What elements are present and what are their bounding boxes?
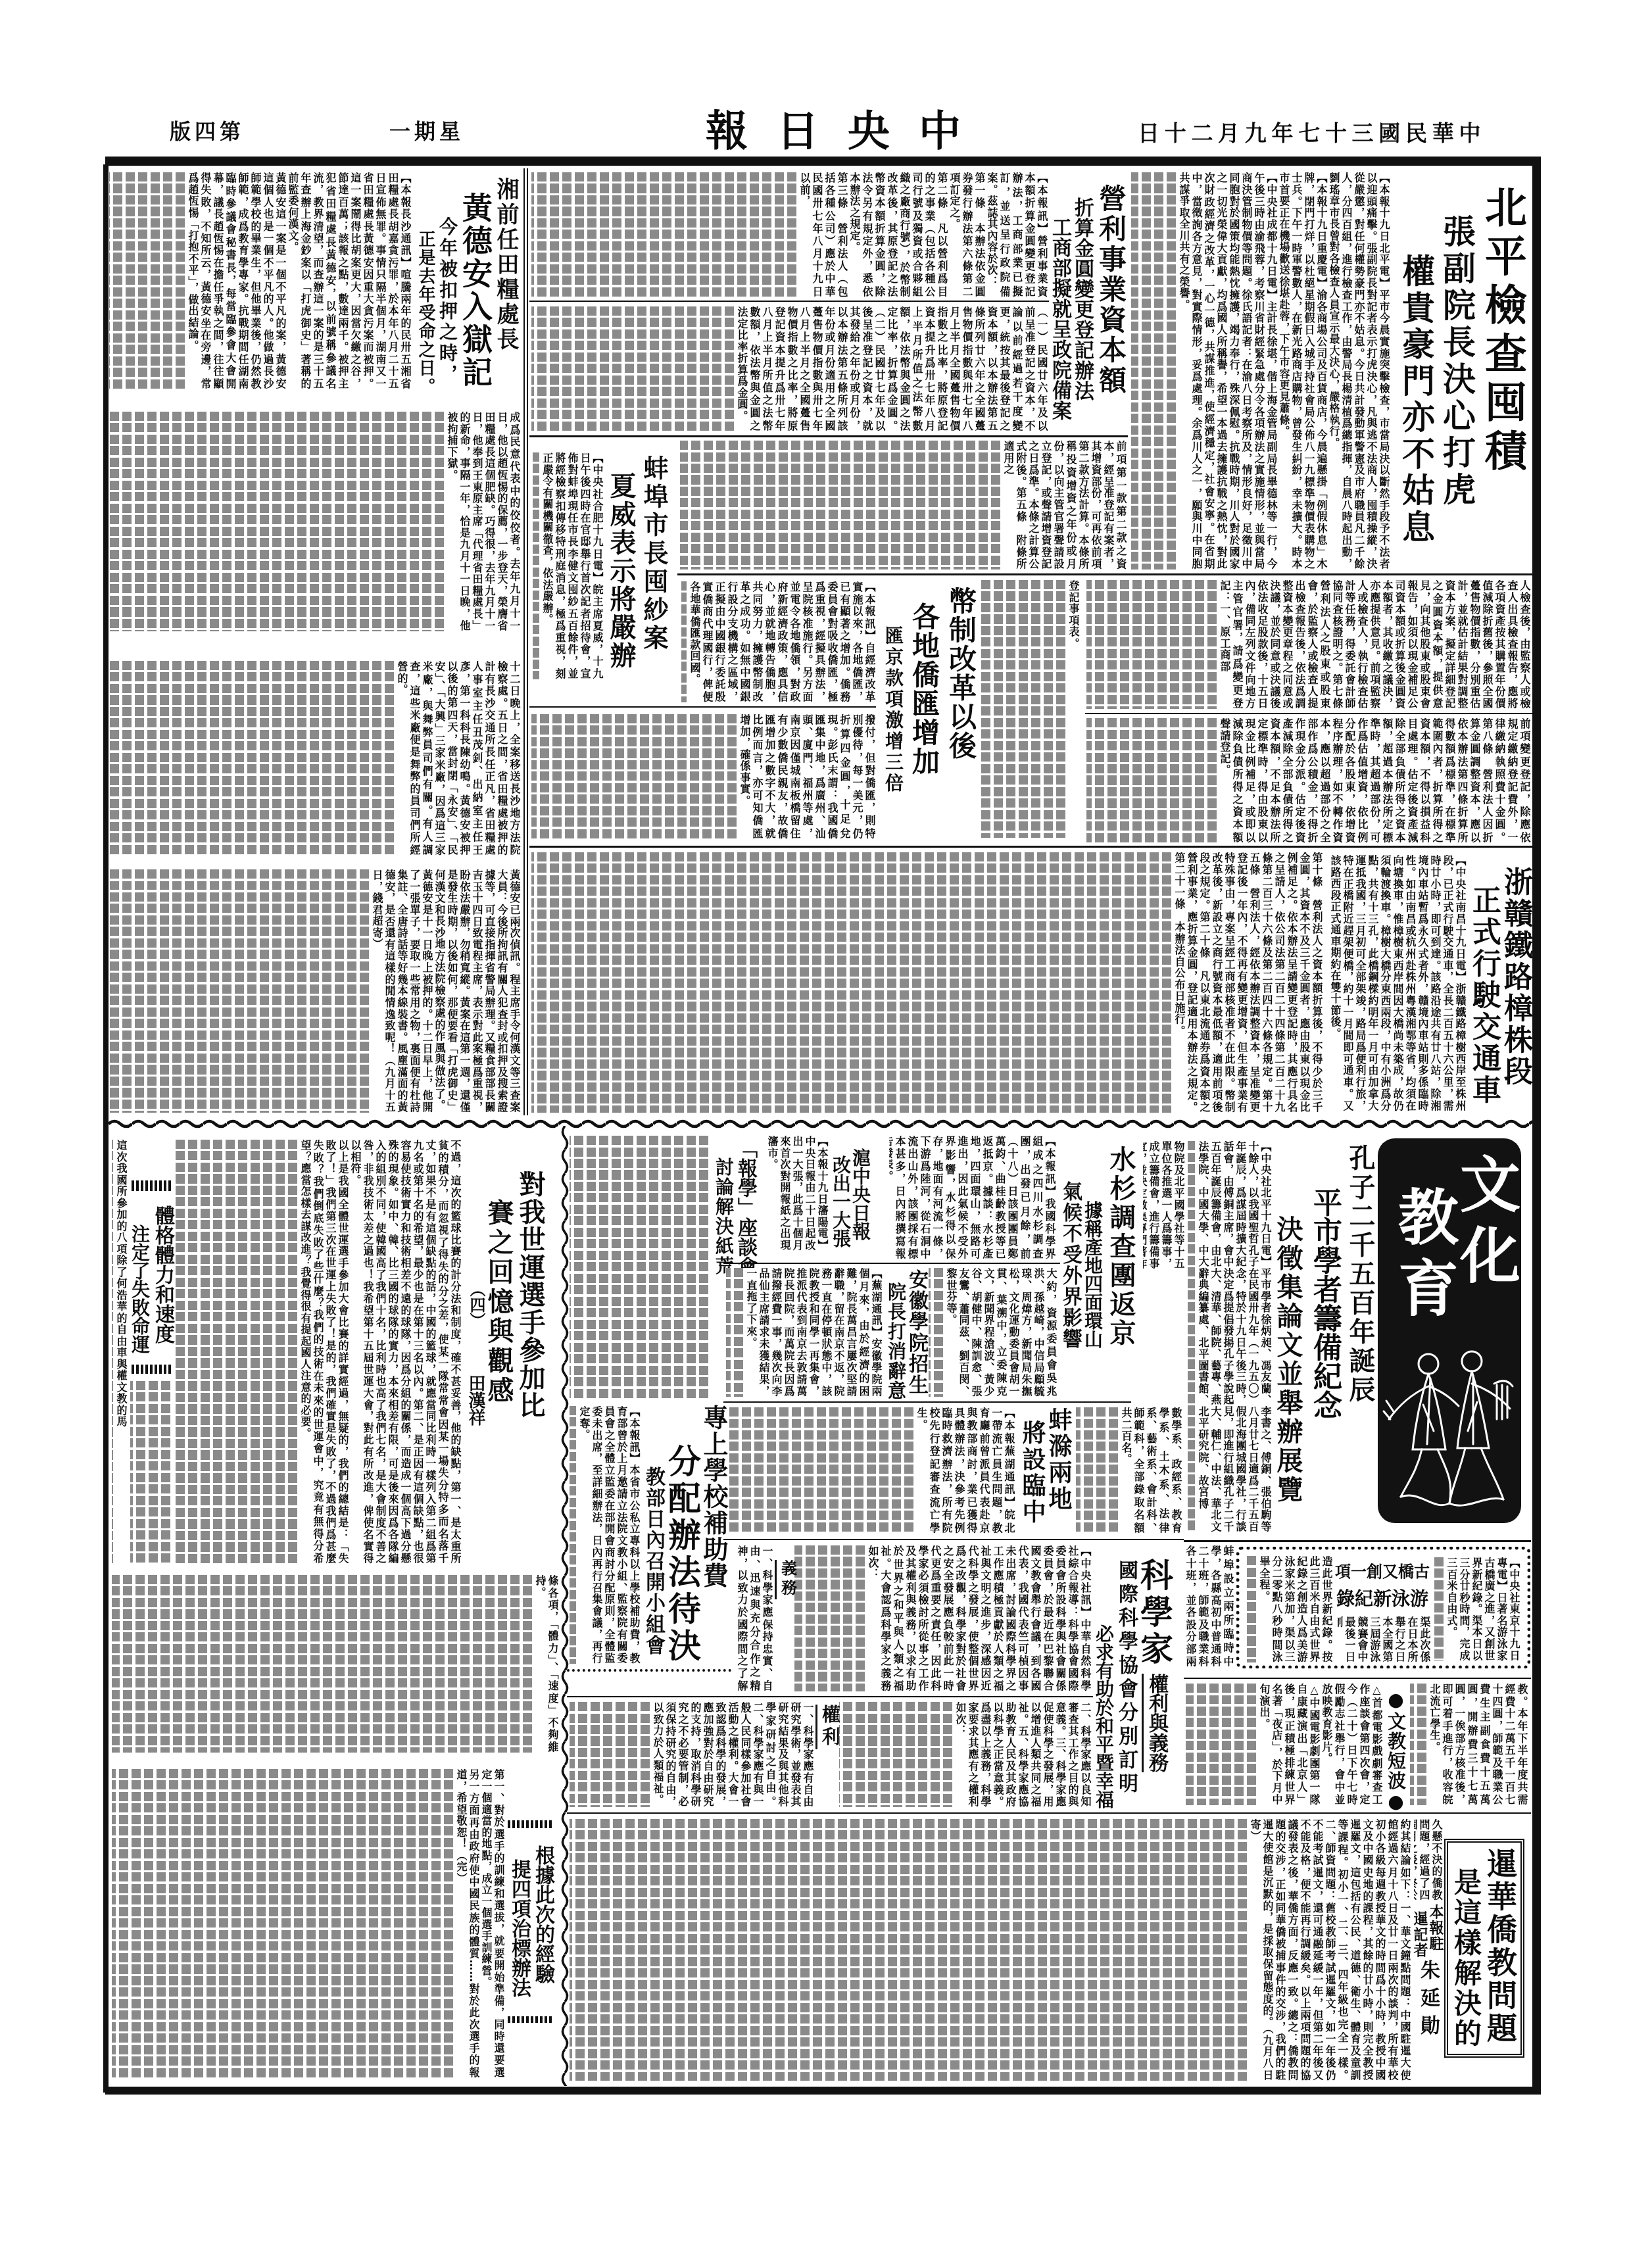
article-body-subsidy: 【本報訊】本省市公私立專科以上學校補助費，教育部曾於上月邀請立法院文教小組、監察… — [570, 1406, 641, 1664]
briefs-items: △首都電影戲劇審查工作座談會第四次會，定今（二十）日下午七時假勵志社舉行，會中並… — [1186, 1684, 1383, 1805]
decorative-bar — [132, 1180, 172, 1191]
dotted-rule — [567, 1669, 731, 1672]
article-body-cnd: 【本報十九日瀋陽電】中央日報由二十日起改出一大張，此爲十個月來首次對開報紙之出現… — [768, 1136, 829, 1251]
dispatch-chengdu: 【中央社成都十九日電】主計長徐堪，偕上海金管局副局長畢德林等一行，今午後三時由渝… — [1178, 172, 1278, 570]
article-body-huang-tier1: 【本報長沙通訊】喧騰兩年的民卅五湘省田糧處長胡嘉貪污罪，於本年八月二十五日宣佈無… — [109, 172, 412, 389]
headline-metasequoia-sub-1: 據稱產地四面環山 — [1083, 1201, 1102, 1348]
article-body-confucius-cont: 物院及北平國學社等十五單位各推選一人爲籌事，成立籌備會，進行籌備事宜，並決定徵集… — [1143, 1141, 1185, 1269]
paragraph: 【本報訊】營利事業資本額折算金圓變更登記辦法，工商部業已擬訂，並送呈行政院備案。… — [986, 172, 1048, 297]
emblem-text-culture: 文化 — [1455, 1153, 1516, 1295]
rule — [723, 1263, 1060, 1264]
article-body-beiping: 【本報十九日北平電】平市今晨實施突擊檢查，市當局決以斷然手段予不法者以迎頭痛擊。… — [1131, 172, 1390, 570]
byline-siam-author: 朱延勛 — [1418, 1960, 1438, 2043]
article-body-forum — [570, 1136, 710, 1399]
headline-siam-main: 暹華僑教問題 — [1485, 1848, 1515, 2045]
boxed-article-swimming-record: 古橋又創一項 游泳新紀錄 【中央社東京十九日專電】日著名游泳家古橋廣之進，又創世… — [1236, 1547, 1530, 1668]
paragraph: 前項變更登記，除應依規定繳納登記費外，一律繳納執照費十金圓。第八條 營利法人因折… — [1219, 718, 1531, 843]
rule — [1085, 713, 1532, 714]
series-part-number: （四） — [468, 1281, 484, 1328]
issue-date: 中華民國三十七年九月二十日 — [1138, 122, 1486, 144]
paragraph: 人檢查後，由監察人或檢查人出具檢查報告，應將各項資產按其購置年份價值減除折舊後，… — [1219, 580, 1531, 709]
headline-anhui-main: 安徽學院招生 — [906, 1269, 926, 1395]
article-body-scientists-duties: 一、科學家應保持忠實、自由、迅速與充分合作之精神，以致力於國際間之了解與 — [737, 1545, 773, 1691]
label-rights: 權利 — [815, 1705, 840, 1749]
headline-railway-main: 浙贛鐵路樟株段 — [1501, 867, 1530, 1088]
clause: 第二條 凡以營利爲目的之事業（包括各種公司行號及獨資或合夥組織之廠商行號），於幣… — [848, 172, 948, 297]
paragraph: 造此世界新紀錄。按此三百米自由式世界紀錄之創造人爲美游泳家米第加，渠以三分二零點… — [1258, 1556, 1333, 1662]
headline-beiping-sub-2: 權貴豪門亦不姑息 — [1399, 254, 1432, 546]
byline-siam-2: 暹記者 — [1413, 1911, 1427, 1958]
headline-anhui-sub: 院長打消辭意 — [887, 1282, 905, 1401]
brief-item: △中國電影劇團第一隊自康藏演出「北京人」後，現正積極排練世界名著「夜店」，於下月… — [1258, 1684, 1321, 1805]
article-body-anhui: 【蕪湖通訊】安徽學院兩個月來，由於經濟的困難，院長萬昌言屢次堅請辭職，留在南京不… — [726, 1268, 883, 1397]
rule — [529, 435, 1128, 437]
paragraph: 【中央社北平十九日電】平市學者徐炳昶、馮友蘭、李書之、傅銅、張伯駒等十餘人，以我… — [1197, 1141, 1272, 1532]
paragraph: 這次我國所參加的八項除了何浩華的自由車與權文教的馬 — [115, 1140, 128, 1564]
paragraph: 數學系、政經系、教育學系、土木系、法律系、藝術系、會計科、師範科，全部錄取名額共… — [1120, 1407, 1182, 1534]
dancing-figures-illustration — [1381, 1339, 1518, 1516]
column-title-briefs: ●文教短波● — [1386, 1689, 1405, 1814]
paragraph: 【本報訊】自經濟改革實施以來，各地僑匯，已有顯著之增加。僑務委員會對吸收僑匯，極… — [689, 581, 876, 702]
paragraph: 【中央社合肥十九日電】皖主席夏威，十九日午後四時在官邸舉行首次記者招待會，宣佈對… — [541, 452, 604, 679]
headline-subsidy-kicker: 專上學校補助費 — [701, 1405, 726, 1589]
headline-remit-sub-1: 各地僑匯增加 — [910, 602, 938, 776]
dispatch-beiping: 【本報十九日北平電】平市今晨實施突擊檢查，市當局決以斷然手段予不法者以迎頭痛擊。… — [1328, 172, 1390, 570]
paragraph: 十二日晚上，全案移送長沙地方法院檢察處。五日之間，省田糧處被押的計有長沙交通所長… — [396, 661, 521, 856]
paragraph: （一）民國廿六年及以前呈准登記之資本，不論以前經過若干度變更，統按其最後登記之資… — [736, 306, 1048, 431]
headline-scientists: 科學家 — [1138, 1558, 1171, 1668]
article-body-scientists-rights: 一、科學家應有自由研究學術，並發表其研究結果及與其他科學家研討之自由。二、科學家… — [570, 1702, 814, 1807]
paragraph: 渠此次係在日本所舉行之日本全國第三屆游泳競賽會中最後一日創 — [1338, 1616, 1431, 1662]
headline-cnd-sub: 改出一大張 — [831, 1155, 850, 1248]
emblem-text-education: 教育 — [1394, 1186, 1454, 1328]
clause: 第一條 本辦法依金圓券發行辦法第六條第二項訂定之。 — [948, 172, 986, 297]
paragraph: 【本報蕪湖通訊】皖北一帶流亡員生問題，教育廳前曾派員代表赴京與教部商討，業已獲得… — [915, 1407, 1015, 1534]
paragraph: 蚌埠設立兩所臨時中學，各縣高初中普通科二十班，師範及職業科各十班，並各設分部兩所… — [1186, 1545, 1234, 1667]
article-body-confucius: 【中央社北平十九日電】平市學者徐炳昶、馮友蘭、李書之、傅銅、張伯駒等十餘人，以我… — [1188, 1141, 1272, 1532]
rule — [723, 1401, 1131, 1403]
article-body-scientists-intro: 【中央社訊】中華自然科學社綜合報導：科學協會國際委員會所設科學與社會關係委員會，… — [794, 1545, 1092, 1691]
paragraph: 撥付，但對僑匯，則特別優待，每一美元，仍折算四金圓，十足兌現。彭氏末謂：我國僑匯… — [739, 714, 876, 839]
rule — [529, 846, 1532, 848]
headline-forum-sub: 討論解決紙荒 — [714, 1157, 733, 1276]
headline-railway-sub: 正式行駛交通車 — [1469, 885, 1498, 1106]
rule — [1184, 1540, 1531, 1542]
paragraph: 第十條 營利法人之資本額折算後，不得少於三千金圓，其資本不及三千金圓者，應由股東… — [1173, 852, 1323, 1113]
weekday: 星期一 — [389, 121, 464, 142]
article-body-siam-intro: 久懸不決的僑教問題，經過了四個月之後，終於暫時得到了一個結果， — [1414, 1819, 1443, 1901]
paragraph: 一、科學家應有自由研究學術，並發表其研究結果及與其他科學家研討之自由。二、科學家… — [652, 1702, 814, 1807]
headline-forum-main: 「報學」座談會 — [735, 1138, 755, 1276]
rule — [567, 1696, 1093, 1697]
headline-olympics-1: 對我世運選手參加比 — [517, 1171, 543, 1419]
headline-capital-sub-2: 工商部擬就呈政院備案 — [1050, 217, 1069, 421]
rule — [529, 706, 876, 708]
article-body-swim-2: 渠此次係在日本所舉行之日本全國第三屆游泳競賽會中最後一日創 — [1338, 1616, 1431, 1662]
article-body-olympics-tier3: 第一、對於選手的訓練和選拔，就要開始準備，同時還要選定一個適當的地點，成立一個選… — [112, 1769, 505, 2078]
right-border — [1532, 164, 1541, 2095]
article-body-olympics-filler — [130, 1381, 172, 1564]
article-body-schools-cont-1: 蚌埠設立兩所臨時中學，各縣高初中普通科二十班，師範及職業科各十班，並各設分部兩所… — [1186, 1545, 1234, 1667]
headline-box-siam: 暹華僑教問題 是這樣解決的 — [1444, 1839, 1524, 2058]
article-body-capital-cont-c: 前項變更登記，除應依規定繳納登記費外，一律繳納執照費十金圓。第八條 營利法人因折… — [1086, 718, 1531, 843]
headline-huang-kicker: 湘前任田糧處長 — [495, 178, 517, 352]
headline-beiping-main: 北平檢查囤積 — [1481, 185, 1523, 477]
bottom-rule — [105, 2087, 1541, 2095]
headline-swim-2: 游泳新紀錄 — [1336, 1590, 1428, 1609]
headline-metasequoia-main: 水杉調查團返京 — [1107, 1146, 1134, 1348]
headline-remit-sub-2: 匯京款項激增三倍 — [884, 626, 902, 794]
paragraph: 【中央社東京十九日專電】日著名游泳家古橋廣之進，又創世界新紀錄。渠本日以三分廿秒… — [1445, 1557, 1520, 1661]
dispatch-chongqing: 【本報十九日重慶電】渝各商場公司及百貨商店，今晨遍懸掛「例假休息」木牌，閉門打烊… — [1278, 172, 1328, 570]
headline-capital-main: 營利事業資本額 — [1097, 184, 1125, 396]
paragraph: 教。本年下半年度共需經費十二萬五千一百七十四圓，師範及職業公費生主副食費十五萬圓… — [1428, 1684, 1528, 1805]
article-body-schools-cont-2: 教。本年下半年度共需經費十二萬五千一百七十四圓，師範及職業公費生主副食費十五萬圓… — [1410, 1684, 1528, 1805]
paragraph: 黃德安是十一日晚上被押的。十二日早上，他開了一張單子，要取一些常用之物，裏面便有… — [371, 869, 433, 1113]
paragraph: 【本報訊】我國科學界組成之四川水杉調查團，出發已月餘，前（十八）日該團團員鄭萬鈞… — [889, 1136, 1056, 1259]
article-body-anhui-cont: 數學系、政經系、教育學系、土木系、法律系、藝術系、會計科、師範科，全部錄取名額共… — [1076, 1407, 1182, 1534]
left-border — [103, 164, 109, 2093]
paragraph: 約其結論如下：一、華文鐘點問題：中國駐暹大使館經過六月十八日及廿一日兩次的談判，… — [1249, 1819, 1411, 2081]
edition-number: 第四版 — [170, 121, 245, 142]
headline-beiping-sub-1: 張副院長決心打虎 — [1440, 214, 1473, 509]
paragraph: 物院及北平國學社等十五單位各推選一人爲籌事，成立籌備會，進行籌備事宜，並決定徵集… — [1143, 1141, 1185, 1269]
clause: 第三條 營利法人（包括各種公司）應於中華民國卅七年八月十九日以前， — [798, 172, 848, 297]
article-body-metasequoia: 【本報訊】我國科學界組成之四川水杉調查團，出發已月餘，前（十八）日該團團員鄭萬鈞… — [889, 1136, 1056, 1259]
article-body-railway: 【中央社南昌十九日電】浙贛鐵路樟樹西岸至株州段，已正式行駛交通車，全長二百五十六… — [1331, 855, 1467, 1111]
article-body-capital-cont-b: 人檢查後，由監察人或檢查人出具檢查報告，應將各項資產按其購置年份價值減除折舊後，… — [1086, 580, 1531, 709]
article-body-remittances-cont: 撥付，但對僑匯，則特別優待，每一美元，仍折算四金圓，十足兌現。彭氏末謂：我國僑匯… — [531, 714, 876, 839]
paragraph: 【本報十九日瀋陽電】中央日報由二十日起改出一大張，此爲十個月來首次對開報紙之出現… — [768, 1136, 829, 1251]
paragraph: 登記事項表。 — [1067, 580, 1080, 838]
headline-confucius-main: 平市學者籌備紀念 — [1310, 1188, 1339, 1419]
headline-bengbu-main: 蚌埠市長囤紗案 — [641, 455, 666, 653]
headline-confucius-sub: 決徵集論文並舉辦展覽 — [1275, 1215, 1301, 1505]
headline-capital-sub-1: 折算金圓變更登記辦法 — [1072, 197, 1092, 401]
subhead-olympics-2b: 提四項治標辦法 — [509, 1859, 529, 1997]
article-body-scientists-duties-cont: 二、科學家應以良知審查其工作之目的與意義。三、科學家應促使科學之發展，用以增進人… — [839, 1702, 1092, 1807]
article-body-capital-tier1: 【本報訊】營利事業資本額折算金圓變更登記辦法，工商部業已擬訂，並送呈行政院備案。… — [531, 172, 1048, 297]
headline-huang-main: 黃德安入獄記 — [460, 192, 491, 389]
paragraph: 【中央社南昌十九日電】浙贛鐵路樟樹西岸至株州段，已正式行駛交通車，全長二百五十六… — [1331, 855, 1467, 1111]
headline-subsidy-main: 分配辦法待決 — [666, 1444, 698, 1665]
subhead-olympics-2a: 根據此次的經驗 — [533, 1845, 552, 1983]
rule — [567, 1812, 1531, 1814]
headline-schools-main: 蚌滁兩地 — [1047, 1407, 1071, 1513]
newspaper-page: 第四版 星期一 中央日報 中華民國三十七年九月二十日 湘前任田糧處長 黃德安入獄… — [0, 0, 1652, 2255]
headline-scientists-sub-2: 必求有助於和平暨幸福 — [1094, 1624, 1113, 1808]
paragraph: 另一方面再由政府使中國民族的體質……對於此次選手的報道，希望敬恕！（完） — [455, 1769, 480, 2078]
headline-subsidy-sub: 教部日內召開小組會 — [643, 1467, 663, 1656]
paragraph: 久懸不決的僑教問題，經過了四個月之後，終於暫時得到了一個結果， — [1414, 1819, 1443, 1901]
paragraph: 不過，這次的籃球比賽的計分法和制度，確不甚妥善，他的缺點，第一、是太重所貧的積分… — [349, 1140, 462, 1564]
headline-bengbu-sub: 夏威表示將嚴辦 — [608, 472, 634, 670]
article-body-siam: 約其結論如下：一、華文鐘點問題：中國駐暹大使館經過六月十八日及廿一日兩次的談判，… — [570, 1819, 1411, 2081]
decorative-bar — [508, 1820, 554, 1828]
headline-scientists-sub-1: 國際科學協會分別訂明 — [1116, 1560, 1136, 1797]
brief-item: △首都電影戲劇審查工作座談會第四次會，定今（二十）日下午七時假勵志社舉行，會中並… — [1321, 1684, 1383, 1805]
article-body-capital-tier2: （一）民國廿六年及以前呈准登記之資本，不論以前經過若干度變更，統按其最後登記之資… — [531, 306, 1048, 431]
article-body-huang-tier2: 成爲民意代表中的佼佼者。去年九月十一日，他以趙恆惕的保薦，一步登天，榮膺省田糧處… — [109, 412, 521, 631]
paragraph: 第一、對於選手的訓練和選拔，就要開始準備，同時還要選定一個適當的地點，成立一個選… — [480, 1769, 505, 2078]
paragraph: 二、科學家應以良知審查其工作之目的與意義。三、科學家應促使科學之發展，用以增進人… — [954, 1702, 1092, 1807]
paragraph: 條各項，「體力」、「速度」不夠維持。 — [534, 1575, 559, 1753]
decorative-bar — [132, 1365, 172, 1374]
headline-cnd-main: 滬中央日報 — [851, 1148, 869, 1240]
paragraph: 黃德安已兩次偵訊。程主席手令何漢文等三查案大員：今後所拘訊有關人犯查封或扣押及搜… — [433, 869, 521, 1113]
article-body-bengbu: 【中央社合肥十九日電】皖主席夏威，十九日午後四時在官邸舉行首次記者招待會，宣佈對… — [533, 452, 604, 679]
headline-huang-sub-1: 今年被扣押之時， — [438, 217, 456, 385]
headline-huang-sub-2: 正是去年受命之日。 — [417, 230, 434, 396]
article-body-olympics-leftcol: 這次我國所參加的八項除了何浩華的自由車與權文教的馬 — [112, 1140, 128, 1564]
article-body-huang-tier3: 十二日晚上，全案移送長沙地方法院檢察處。五日之間，省田糧處被押的計有長沙交通所長… — [109, 661, 521, 856]
column-divider-double — [523, 168, 528, 1115]
top-rule — [105, 157, 1541, 166]
label-rights-and-duties: 權利與義務 — [1142, 1674, 1167, 1772]
byline-siam-1: 本報駐 — [1428, 1904, 1443, 1952]
article-body-remittances: 【本報訊】自經濟改革實施以來，各地僑匯，已有顯著之增加。僑務委員會對吸收僑匯，極… — [681, 581, 876, 702]
rule — [1184, 1678, 1531, 1679]
headline-siam-sub: 是這樣解決的 — [1452, 1868, 1480, 2049]
subhead-olympics-1b: 注定了失敗命運 — [130, 1224, 149, 1353]
article-body-olympics: 不過，這次的籃球比賽的計分法和制度，確不甚妥善，他的缺點，第一、是太重所貧的積分… — [175, 1140, 462, 1564]
rule — [723, 1539, 1184, 1540]
paragraph: 大約，資源委員會吳兆洪、孫越崎，中信局顧毓瑔、周煒方，新聞局朱撫松，文化運動委員… — [945, 1268, 1057, 1397]
paragraph: 【蕪湖通訊】安徽學院兩個月來，由於經濟的困難，院長萬昌言屢次堅請辭職，留在南京不… — [745, 1268, 883, 1397]
article-body-huang-tier4: 黃德安已兩次偵訊。程主席手令何漢文等三查案大員：今後所拘訊有關人犯查封或扣押及搜… — [109, 869, 521, 1113]
article-body-capital-cont-d: 第十條 營利法人之資本額折算後，不得少於三千金圓，其資本不及三千金圓者，應由股東… — [531, 852, 1323, 1113]
wavy-section-divider — [109, 1118, 1532, 1128]
article-body-capital-cont-e: 登記事項表。 — [981, 580, 1080, 838]
label-duties: 義務 — [775, 1560, 796, 1599]
article-body-capital-cont-a: 前項第一款第二款之資本，經呈准登記有案者，其增資部份，可再依前項第二款方法計算。… — [680, 441, 1127, 570]
headline-schools-sub: 將設臨中 — [1021, 1420, 1044, 1526]
article-body-swim-3: 造此世界新紀錄。按此三百米自由式世界紀錄之創造人爲美游泳家米第加，渠以三分二零點… — [1245, 1556, 1333, 1662]
author-byline: 田漢祥 — [467, 1374, 484, 1426]
paragraph: 前項第一款第二款之資本，經呈准登記有案者，其增資部份，可再依前項第二款方法計算。… — [1002, 441, 1127, 570]
rule — [529, 301, 1049, 302]
paragraph: 成爲民意代表中的佼佼者。去年九月十一日，他以趙恆惕的保薦，一步登天，榮膺省田糧處… — [446, 412, 521, 631]
wavy-column-divider — [560, 1126, 570, 2086]
paragraph: 【本報長沙通訊】喧騰兩年的民卅五湘省田糧處長胡嘉貪污罪，於本年八月二十五日宣佈無… — [287, 172, 412, 389]
headline-metasequoia-sub-2: 氣候不受外界影響 — [1060, 1181, 1080, 1349]
paragraph: 【本報訊】本省市公私立專科以上學校補助費，教育部曾於上月邀請立法院文教小組、監察… — [578, 1406, 641, 1664]
paragraph: 一、科學家應保持忠實、自由、迅速與充分合作之精神，以致力於國際間之了解與 — [737, 1545, 773, 1691]
masthead: 中央日報 — [706, 110, 990, 153]
rule — [677, 573, 1532, 575]
headline-confucius-kicker: 孔子二千五百年誕辰 — [1347, 1144, 1373, 1405]
headline-remit-main: 幣制改革以後 — [947, 587, 975, 760]
headline-olympics-2: 賽之回憶與觀感 — [485, 1199, 512, 1406]
paragraph: 以上是我國全體世運選手參加大會比賽的詳實經過，無疑的，我們的總結是：「失敗了！」… — [299, 1140, 349, 1564]
article-body-olympics-tier2: 條各項，「體力」、「速度」不夠維持。 — [112, 1575, 559, 1753]
decorative-bar — [508, 2016, 554, 2023]
article-body-schools: 【本報蕪湖通訊】皖北一帶流亡員生問題，教育廳前曾派員代表赴京與教部商討，業已獲得… — [726, 1407, 1015, 1534]
article-body-forum-attendees: 大約，資源委員會吳兆洪、孫越崎，中信局顧毓瑔、周煒方，新聞局朱撫松，文化運動委員… — [929, 1268, 1057, 1397]
headline-swim-1: 古橋又創一項 — [1335, 1564, 1430, 1580]
subhead-olympics-1a: 體格體力和速度 — [153, 1205, 172, 1344]
paragraph: 黃德安這一案是一個不平凡的案，黃德安這個人也是一個不平凡的人。他做過長沙師範學校… — [187, 172, 287, 389]
paragraph: 【中央社訊】中華自然科學社綜合報導：科學協會國際委員會所設科學與社會關係委員會，… — [867, 1545, 1092, 1691]
culture-education-emblem: 文化 教育 — [1378, 1138, 1521, 1523]
article-body-swim-1: 【中央社東京十九日專電】日著名游泳家古橋廣之進，又創世界新紀錄。渠本日以三分廿秒… — [1434, 1557, 1520, 1661]
